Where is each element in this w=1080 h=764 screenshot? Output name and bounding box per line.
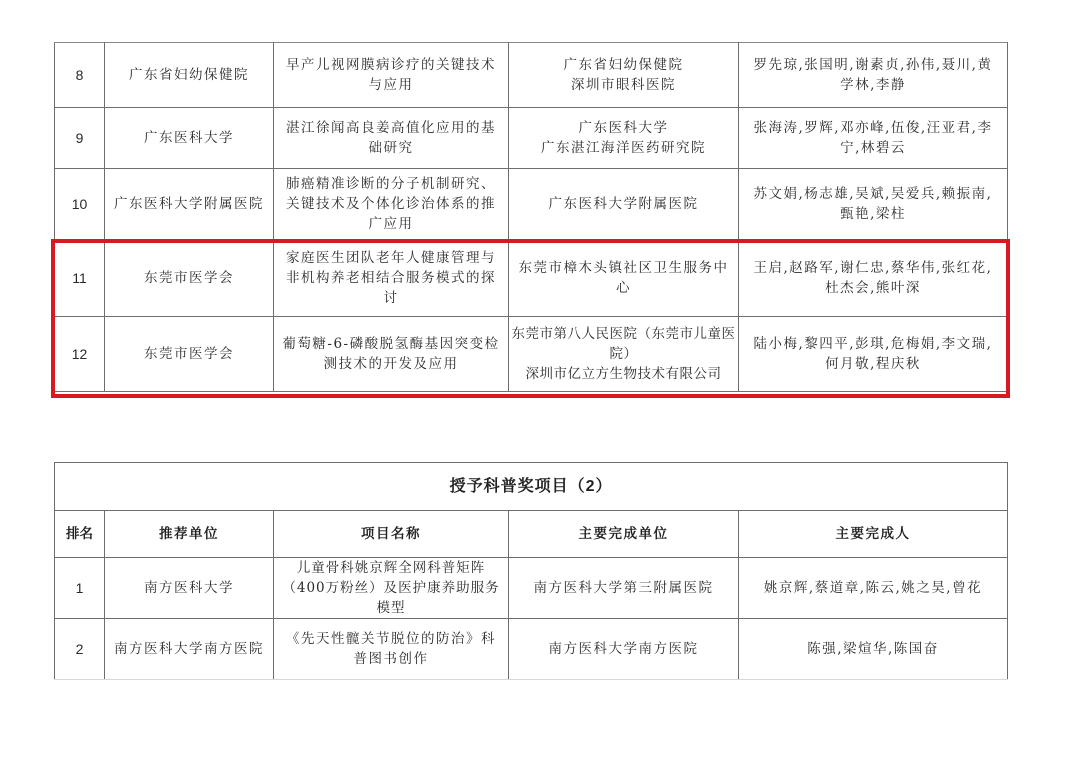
table-row-highlighted: 12 东莞市医学会 葡萄糖-6-磷酸脱氢酶基因突变检测技术的开发及应用 东莞市第… <box>55 317 1008 392</box>
recommender-cell: 东莞市医学会 <box>105 317 274 392</box>
unit-line: 广东省妇幼保健院 <box>513 55 734 75</box>
header-row: 排名 推荐单位 项目名称 主要完成单位 主要完成人 <box>55 511 1008 558</box>
recommender-cell: 广东医科大学附属医院 <box>105 169 274 240</box>
recommender-cell: 南方医科大学 <box>105 558 274 619</box>
header-rank: 排名 <box>55 511 105 558</box>
header-recommender: 推荐单位 <box>105 511 274 558</box>
header-people: 主要完成人 <box>739 511 1008 558</box>
header-project: 项目名称 <box>274 511 509 558</box>
rank-cell: 8 <box>55 43 105 108</box>
unit-line: 广东湛江海洋医药研究院 <box>513 138 734 158</box>
header-units: 主要完成单位 <box>509 511 739 558</box>
project-cell: 《先天性髋关节脱位的防治》科普图书创作 <box>274 619 509 680</box>
people-cell: 张海涛,罗辉,邓亦峰,伍俊,汪亚君,李宁,林碧云 <box>739 108 1008 169</box>
table-title: 授予科普奖项目（2） <box>55 463 1008 511</box>
units-cell: 广东医科大学附属医院 <box>509 169 739 240</box>
rank-cell: 9 <box>55 108 105 169</box>
recommender-cell: 东莞市医学会 <box>105 240 274 317</box>
units-cell: 广东医科大学 广东湛江海洋医药研究院 <box>509 108 739 169</box>
project-cell: 家庭医生团队老年人健康管理与非机构养老相结合服务模式的探讨 <box>274 240 509 317</box>
people-cell: 陈强,梁煊华,陈国奋 <box>739 619 1008 680</box>
unit-line: 深圳市眼科医院 <box>513 75 734 95</box>
unit-line: 东莞市樟木头镇社区卫生服务中心 <box>513 258 734 298</box>
table-row: 8 广东省妇幼保健院 早产儿视网膜病诊疗的关键技术与应用 广东省妇幼保健院 深圳… <box>55 43 1008 108</box>
unit-line: 广东医科大学 <box>513 118 734 138</box>
people-cell: 姚京辉,蔡道章,陈云,姚之昊,曾花 <box>739 558 1008 619</box>
unit-line: 深圳市亿立方生物技术有限公司 <box>511 364 736 384</box>
recommender-cell: 南方医科大学南方医院 <box>105 619 274 680</box>
project-cell: 儿童骨科姚京辉全网科普矩阵（400万粉丝）及医护康养助服务模型 <box>274 558 509 619</box>
unit-line: 广东医科大学附属医院 <box>513 194 734 214</box>
table-row: 10 广东医科大学附属医院 肺癌精准诊断的分子机制研究、关键技术及个体化诊治体系… <box>55 169 1008 240</box>
unit-line: 东莞市第八人民医院（东莞市儿童医院） <box>511 324 736 364</box>
project-cell: 肺癌精准诊断的分子机制研究、关键技术及个体化诊治体系的推广应用 <box>274 169 509 240</box>
rank-cell: 10 <box>55 169 105 240</box>
people-cell: 陆小梅,黎四平,彭琪,危梅娟,李文瑞,何月敬,程庆秋 <box>739 317 1008 392</box>
rank-cell: 12 <box>55 317 105 392</box>
award-table-continued: 8 广东省妇幼保健院 早产儿视网膜病诊疗的关键技术与应用 广东省妇幼保健院 深圳… <box>54 42 1008 392</box>
table-row-highlighted: 11 东莞市医学会 家庭医生团队老年人健康管理与非机构养老相结合服务模式的探讨 … <box>55 240 1008 317</box>
table-row: 2 南方医科大学南方医院 《先天性髋关节脱位的防治》科普图书创作 南方医科大学南… <box>55 619 1008 680</box>
rank-cell: 1 <box>55 558 105 619</box>
science-popularization-award-table: 授予科普奖项目（2） 排名 推荐单位 项目名称 主要完成单位 主要完成人 1 南… <box>54 462 1008 680</box>
units-cell: 南方医科大学第三附属医院 <box>509 558 739 619</box>
units-cell: 东莞市樟木头镇社区卫生服务中心 <box>509 240 739 317</box>
project-cell: 湛江徐闻高良姜高值化应用的基础研究 <box>274 108 509 169</box>
table-row: 9 广东医科大学 湛江徐闻高良姜高值化应用的基础研究 广东医科大学 广东湛江海洋… <box>55 108 1008 169</box>
recommender-cell: 广东医科大学 <box>105 108 274 169</box>
table-row: 1 南方医科大学 儿童骨科姚京辉全网科普矩阵（400万粉丝）及医护康养助服务模型… <box>55 558 1008 619</box>
units-cell: 东莞市第八人民医院（东莞市儿童医院） 深圳市亿立方生物技术有限公司 <box>509 317 739 392</box>
rank-cell: 2 <box>55 619 105 680</box>
units-cell: 广东省妇幼保健院 深圳市眼科医院 <box>509 43 739 108</box>
project-cell: 早产儿视网膜病诊疗的关键技术与应用 <box>274 43 509 108</box>
rank-cell: 11 <box>55 240 105 317</box>
people-cell: 苏文娟,杨志雄,吴斌,吴爱兵,赖振南,甄艳,梁柱 <box>739 169 1008 240</box>
people-cell: 罗先琼,张国明,谢素贞,孙伟,聂川,黄学林,李静 <box>739 43 1008 108</box>
project-cell: 葡萄糖-6-磷酸脱氢酶基因突变检测技术的开发及应用 <box>274 317 509 392</box>
units-cell: 南方医科大学南方医院 <box>509 619 739 680</box>
people-cell: 王启,赵路军,谢仁忠,蔡华伟,张红花,杜杰会,熊叶深 <box>739 240 1008 317</box>
recommender-cell: 广东省妇幼保健院 <box>105 43 274 108</box>
